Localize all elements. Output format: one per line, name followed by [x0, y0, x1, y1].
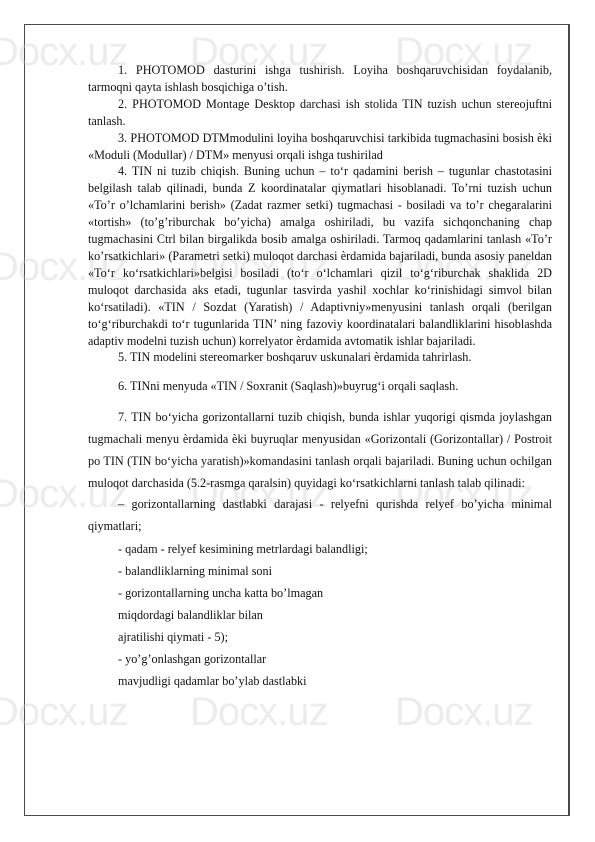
paragraph-step-3: 3. PHOTOMOD DTMmodulini loyiha boshqaruv…: [88, 130, 552, 164]
document-body: 1. PHOTOMOD dasturini ishga tushirish. L…: [88, 62, 552, 692]
list-item: - qadam - relyef kesimining metrlardagi …: [88, 538, 552, 560]
list-item: miqdordagi balandliklar bilan: [88, 604, 552, 626]
paragraph-option-initial-level: – gorizontallarning dastlabki darajasi -…: [88, 494, 552, 538]
list-item: mavjudligi qadamlar bo’ylab dastlabki: [88, 670, 552, 692]
list-item: - gorizontallarning uncha katta bo’lmaga…: [88, 582, 552, 604]
paragraph-step-7: 7. TIN bo‘yicha gorizontallarni tuzib ch…: [88, 407, 552, 494]
paragraph-step-6: 6. TINni menyuda «TIN / Soxranit (Saqlas…: [88, 378, 552, 395]
paragraph-step-2: 2. PHOTOMOD Montage Desktop darchasi ish…: [88, 96, 552, 130]
paragraph-step-1: 1. PHOTOMOD dasturini ishga tushirish. L…: [88, 62, 552, 96]
paragraph-step-5: 5. TIN modelini stereomarker boshqaruv u…: [88, 349, 552, 366]
list-item: - balandliklarning minimal soni: [88, 560, 552, 582]
list-item: - yo’g’onlashgan gorizontallar: [88, 648, 552, 670]
list-item: ajratilishi qiymati - 5);: [88, 626, 552, 648]
paragraph-step-4: 4. TIN ni tuzib chiqish. Buning uchun – …: [88, 163, 552, 349]
